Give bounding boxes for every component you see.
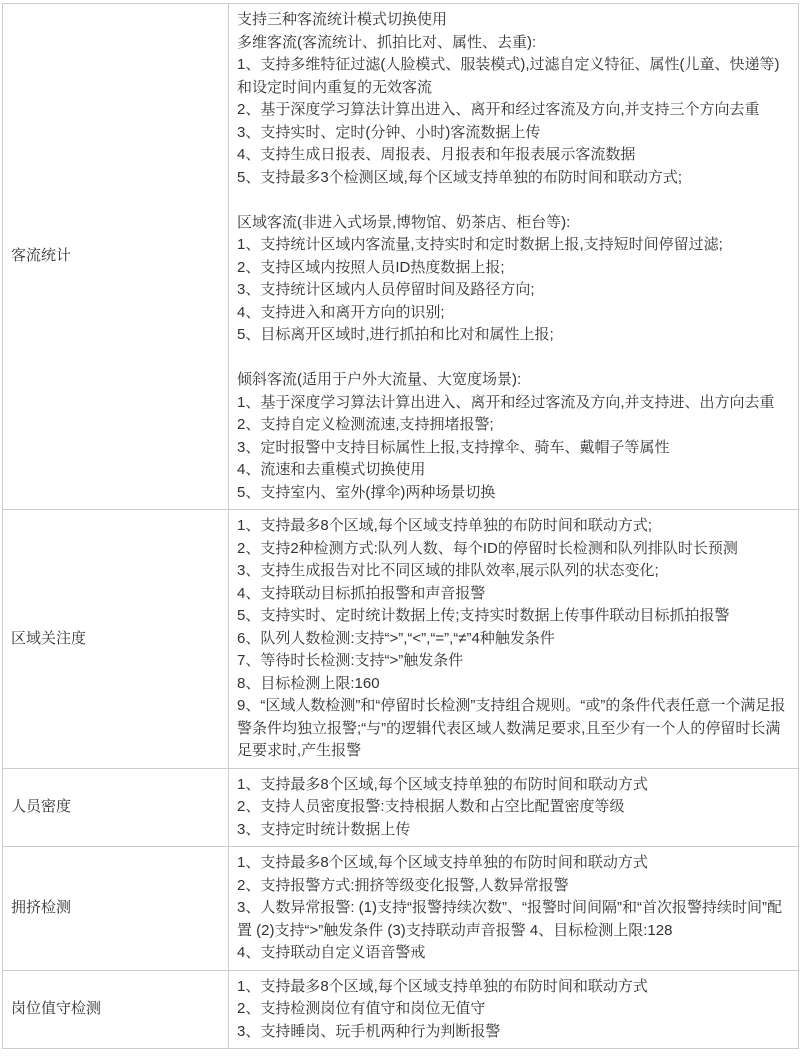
feature-line: 3、支持生成报告对比不同区域的排队效率,展示队列的状态变化; — [237, 560, 790, 583]
feature-line: 3、定时报警中支持目标属性上报,支持撑伞、骑车、戴帽子等属性 — [237, 437, 790, 460]
feature-line: 2、基于深度学习算法计算出进入、离开和经过客流及方向,并支持三个方向去重 — [237, 99, 790, 122]
feature-line: 多维客流(客流统计、抓拍比对、属性、去重): — [237, 32, 790, 55]
feature-line: 1、支持最多8个区域,每个区域支持单独的布防时间和联动方式; — [237, 515, 790, 538]
feature-line: 4、支持进入和离开方向的识别; — [237, 302, 790, 325]
feature-line: 2、支持检测岗位有值守和岗位无值守 — [237, 998, 790, 1021]
feature-line: 1、支持最多8个区域,每个区域支持单独的布防时间和联动方式 — [237, 774, 790, 797]
feature-line: 5、目标离开区域时,进行抓拍和比对和属性上报; — [237, 324, 790, 347]
feature-line: 3、支持定时统计数据上传 — [237, 819, 790, 842]
feature-line: 2、支持人员密度报警:支持根据人数和占空比配置密度等级 — [237, 796, 790, 819]
table-row: 岗位值守检测1、支持最多8个区域,每个区域支持单独的布防时间和联动方式2、支持检… — [3, 970, 799, 1049]
category-label: 人员密度 — [3, 768, 229, 847]
feature-line: 3、支持睡岗、玩手机两种行为判断报警 — [237, 1021, 790, 1044]
feature-line: 3、支持统计区域内人员停留时间及路径方向; — [237, 279, 790, 302]
feature-line: 4、支持联动目标抓拍报警和声音报警 — [237, 583, 790, 606]
feature-line: 1、支持统计区域内客流量,支持实时和定时数据上报,支持短时间停留过滤; — [237, 234, 790, 257]
feature-line: 9、“区域人数检测”和“停留时长检测”支持组合规则。“或”的条件代表任意一个满足… — [237, 695, 790, 763]
feature-line: 倾斜客流(适用于户外大流量、大宽度场景): — [237, 369, 790, 392]
feature-list: 1、支持最多8个区域,每个区域支持单独的布防时间和联动方式2、支持检测岗位有值守… — [229, 970, 799, 1049]
feature-spec-table: 客流统计支持三种客流统计模式切换使用多维客流(客流统计、抓拍比对、属性、去重):… — [2, 3, 799, 1049]
feature-list: 1、支持最多8个区域,每个区域支持单独的布防时间和联动方式2、支持报警方式:拥挤… — [229, 847, 799, 971]
feature-line: 1、支持最多8个区域,每个区域支持单独的布防时间和联动方式 — [237, 852, 790, 875]
feature-line: 2、支持报警方式:拥挤等级变化报警,人数异常报警 — [237, 875, 790, 898]
feature-line: 1、支持多维特征过滤(人脸模式、服装模式),过滤自定义特征、属性(儿童、快递等)… — [237, 54, 790, 99]
feature-line: 区域客流(非进入式场景,博物馆、奶茶店、柜台等): — [237, 212, 790, 235]
feature-line: 5、支持实时、定时统计数据上传;支持实时数据上传事件联动目标抓拍报警 — [237, 605, 790, 628]
table-row: 人员密度1、支持最多8个区域,每个区域支持单独的布防时间和联动方式2、支持人员密… — [3, 768, 799, 847]
feature-line: 4、支持联动自定义语音警戒 — [237, 942, 790, 965]
feature-line: 5、支持室内、室外(撑伞)两种场景切换 — [237, 482, 790, 505]
spec-table-body: 客流统计支持三种客流统计模式切换使用多维客流(客流统计、抓拍比对、属性、去重):… — [3, 4, 799, 1049]
table-row: 区域关注度1、支持最多8个区域,每个区域支持单独的布防时间和联动方式;2、支持2… — [3, 510, 799, 769]
feature-line: 支持三种客流统计模式切换使用 — [237, 9, 790, 32]
category-label: 拥挤检测 — [3, 847, 229, 971]
category-label: 客流统计 — [3, 4, 229, 510]
feature-line: 1、支持最多8个区域,每个区域支持单独的布防时间和联动方式 — [237, 976, 790, 999]
table-row: 拥挤检测1、支持最多8个区域,每个区域支持单独的布防时间和联动方式2、支持报警方… — [3, 847, 799, 971]
feature-line: 3、支持实时、定时(分钟、小时)客流数据上传 — [237, 122, 790, 145]
feature-line: 7、等待时长检测:支持“>”触发条件 — [237, 650, 790, 673]
feature-line: 4、流速和去重模式切换使用 — [237, 459, 790, 482]
blank-line — [237, 347, 790, 370]
feature-line: 6、队列人数检测:支持“>”,“<”,“=”,“≠”4种触发条件 — [237, 628, 790, 651]
category-label: 岗位值守检测 — [3, 970, 229, 1049]
feature-line: 3、人数异常报警: (1)支持“报警持续次数”、“报警时间间隔”和“首次报警持续… — [237, 897, 790, 942]
feature-line: 8、目标检测上限:160 — [237, 673, 790, 696]
feature-line: 5、支持最多3个检测区域,每个区域支持单独的布防时间和联动方式; — [237, 167, 790, 190]
blank-line — [237, 189, 790, 212]
feature-list: 1、支持最多8个区域,每个区域支持单独的布防时间和联动方式;2、支持2种检测方式… — [229, 510, 799, 769]
feature-list: 支持三种客流统计模式切换使用多维客流(客流统计、抓拍比对、属性、去重):1、支持… — [229, 4, 799, 510]
feature-line: 1、基于深度学习算法计算出进入、离开和经过客流及方向,并支持进、出方向去重 — [237, 392, 790, 415]
table-row: 客流统计支持三种客流统计模式切换使用多维客流(客流统计、抓拍比对、属性、去重):… — [3, 4, 799, 510]
feature-line: 4、支持生成日报表、周报表、月报表和年报表展示客流数据 — [237, 144, 790, 167]
feature-line: 2、支持2种检测方式:队列人数、每个ID的停留时长检测和队列排队时长预测 — [237, 538, 790, 561]
feature-line: 2、支持自定义检测流速,支持拥堵报警; — [237, 414, 790, 437]
feature-list: 1、支持最多8个区域,每个区域支持单独的布防时间和联动方式2、支持人员密度报警:… — [229, 768, 799, 847]
feature-line: 2、支持区域内按照人员ID热度数据上报; — [237, 257, 790, 280]
category-label: 区域关注度 — [3, 510, 229, 769]
